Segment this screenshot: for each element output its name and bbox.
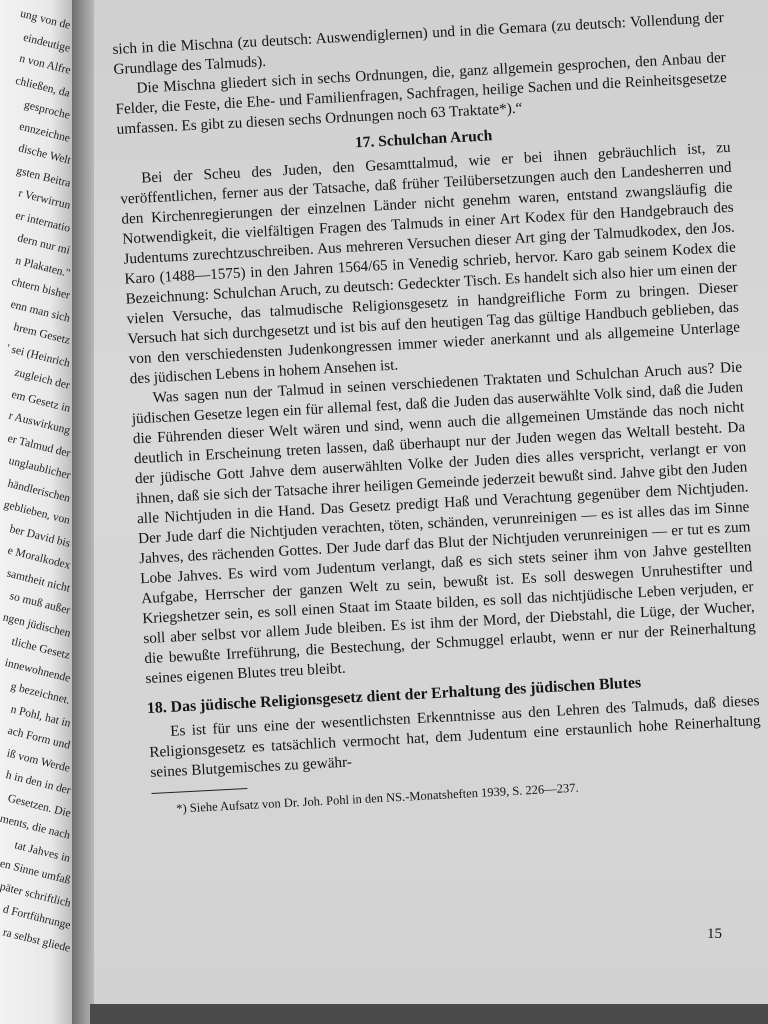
facing-page-fragment: unglaublicher — [7, 455, 71, 482]
facing-page-fragment: gesproche — [23, 99, 71, 122]
facing-page-fragment: ach Form und — [7, 725, 72, 752]
facing-page-fragment: n Pohl, hat in — [9, 703, 71, 729]
facing-page-fragment: dern nur mi — [16, 232, 71, 257]
section-17-paragraph-1: Bei der Scheu des Juden, den Gesamttalmu… — [119, 138, 742, 390]
facing-page-fragment: e Moralkodex — [6, 545, 71, 572]
facing-page-fragment: hrem Gesetz — [12, 321, 71, 347]
facing-page-fragment: so muß außer — [8, 590, 71, 617]
facing-page-fragment: n Plakaten." — [14, 254, 71, 279]
facing-page-fragment: ' sei (Heinrich — [6, 342, 72, 369]
facing-page-fragment: er Talmud der — [6, 432, 71, 459]
facing-page-fragment: eindeutige — [22, 31, 71, 54]
facing-page-fragment: chließen, da — [15, 74, 72, 99]
facing-page-fragment: r Verwirrun — [17, 187, 71, 211]
facing-page-fragment: dische Welt — [17, 142, 72, 167]
facing-page-fragment: g bezeichnet. — [10, 681, 72, 707]
book-gutter — [72, 0, 94, 1024]
facing-page-fragment: n von Alfre — [18, 53, 72, 77]
facing-page-fragment: er internatio — [14, 209, 71, 234]
facing-page-fragment: ra selbst gliede — [2, 926, 72, 954]
facing-page-fragment: ber David bis — [8, 523, 71, 550]
facing-page-fragment: samtheit nicht — [6, 567, 72, 594]
facing-page-fragment: chtern bisher — [11, 276, 72, 302]
facing-page-fragment: em Gesetz in — [10, 388, 71, 414]
facing-page-fragment: gsten Beitra — [15, 164, 72, 189]
facing-page-fragment: ennzeichne — [18, 120, 71, 144]
facing-page-fragment: händlerischen — [7, 477, 72, 504]
book-page: sich in die Mischna (zu deutsch: Auswend… — [94, 0, 768, 1024]
section-17-paragraph-2: Was sagen nun der Talmud in seinen versc… — [130, 357, 757, 689]
facing-page-fragment: enn man sich — [10, 298, 72, 324]
facing-page-fragment: zugleich der — [14, 367, 72, 392]
facing-page-fragment: r Auswirkung — [7, 410, 71, 437]
facing-page-fragment: ung von de — [19, 8, 71, 32]
facing-page-edge: ung von deeindeutigen von Alfrechließen,… — [0, 0, 72, 1024]
page-text: sich in die Mischna (zu deutsch: Auswend… — [112, 8, 764, 820]
facing-page-fragment: tat Jahves in — [13, 839, 71, 864]
page-number: 15 — [707, 926, 722, 943]
facing-page-fragment: Gesetzen. Die — [6, 792, 71, 819]
facing-page-fragment: tliche Gesetz — [11, 636, 72, 662]
surface-below-book — [90, 1004, 768, 1024]
footnote-divider — [151, 788, 247, 794]
